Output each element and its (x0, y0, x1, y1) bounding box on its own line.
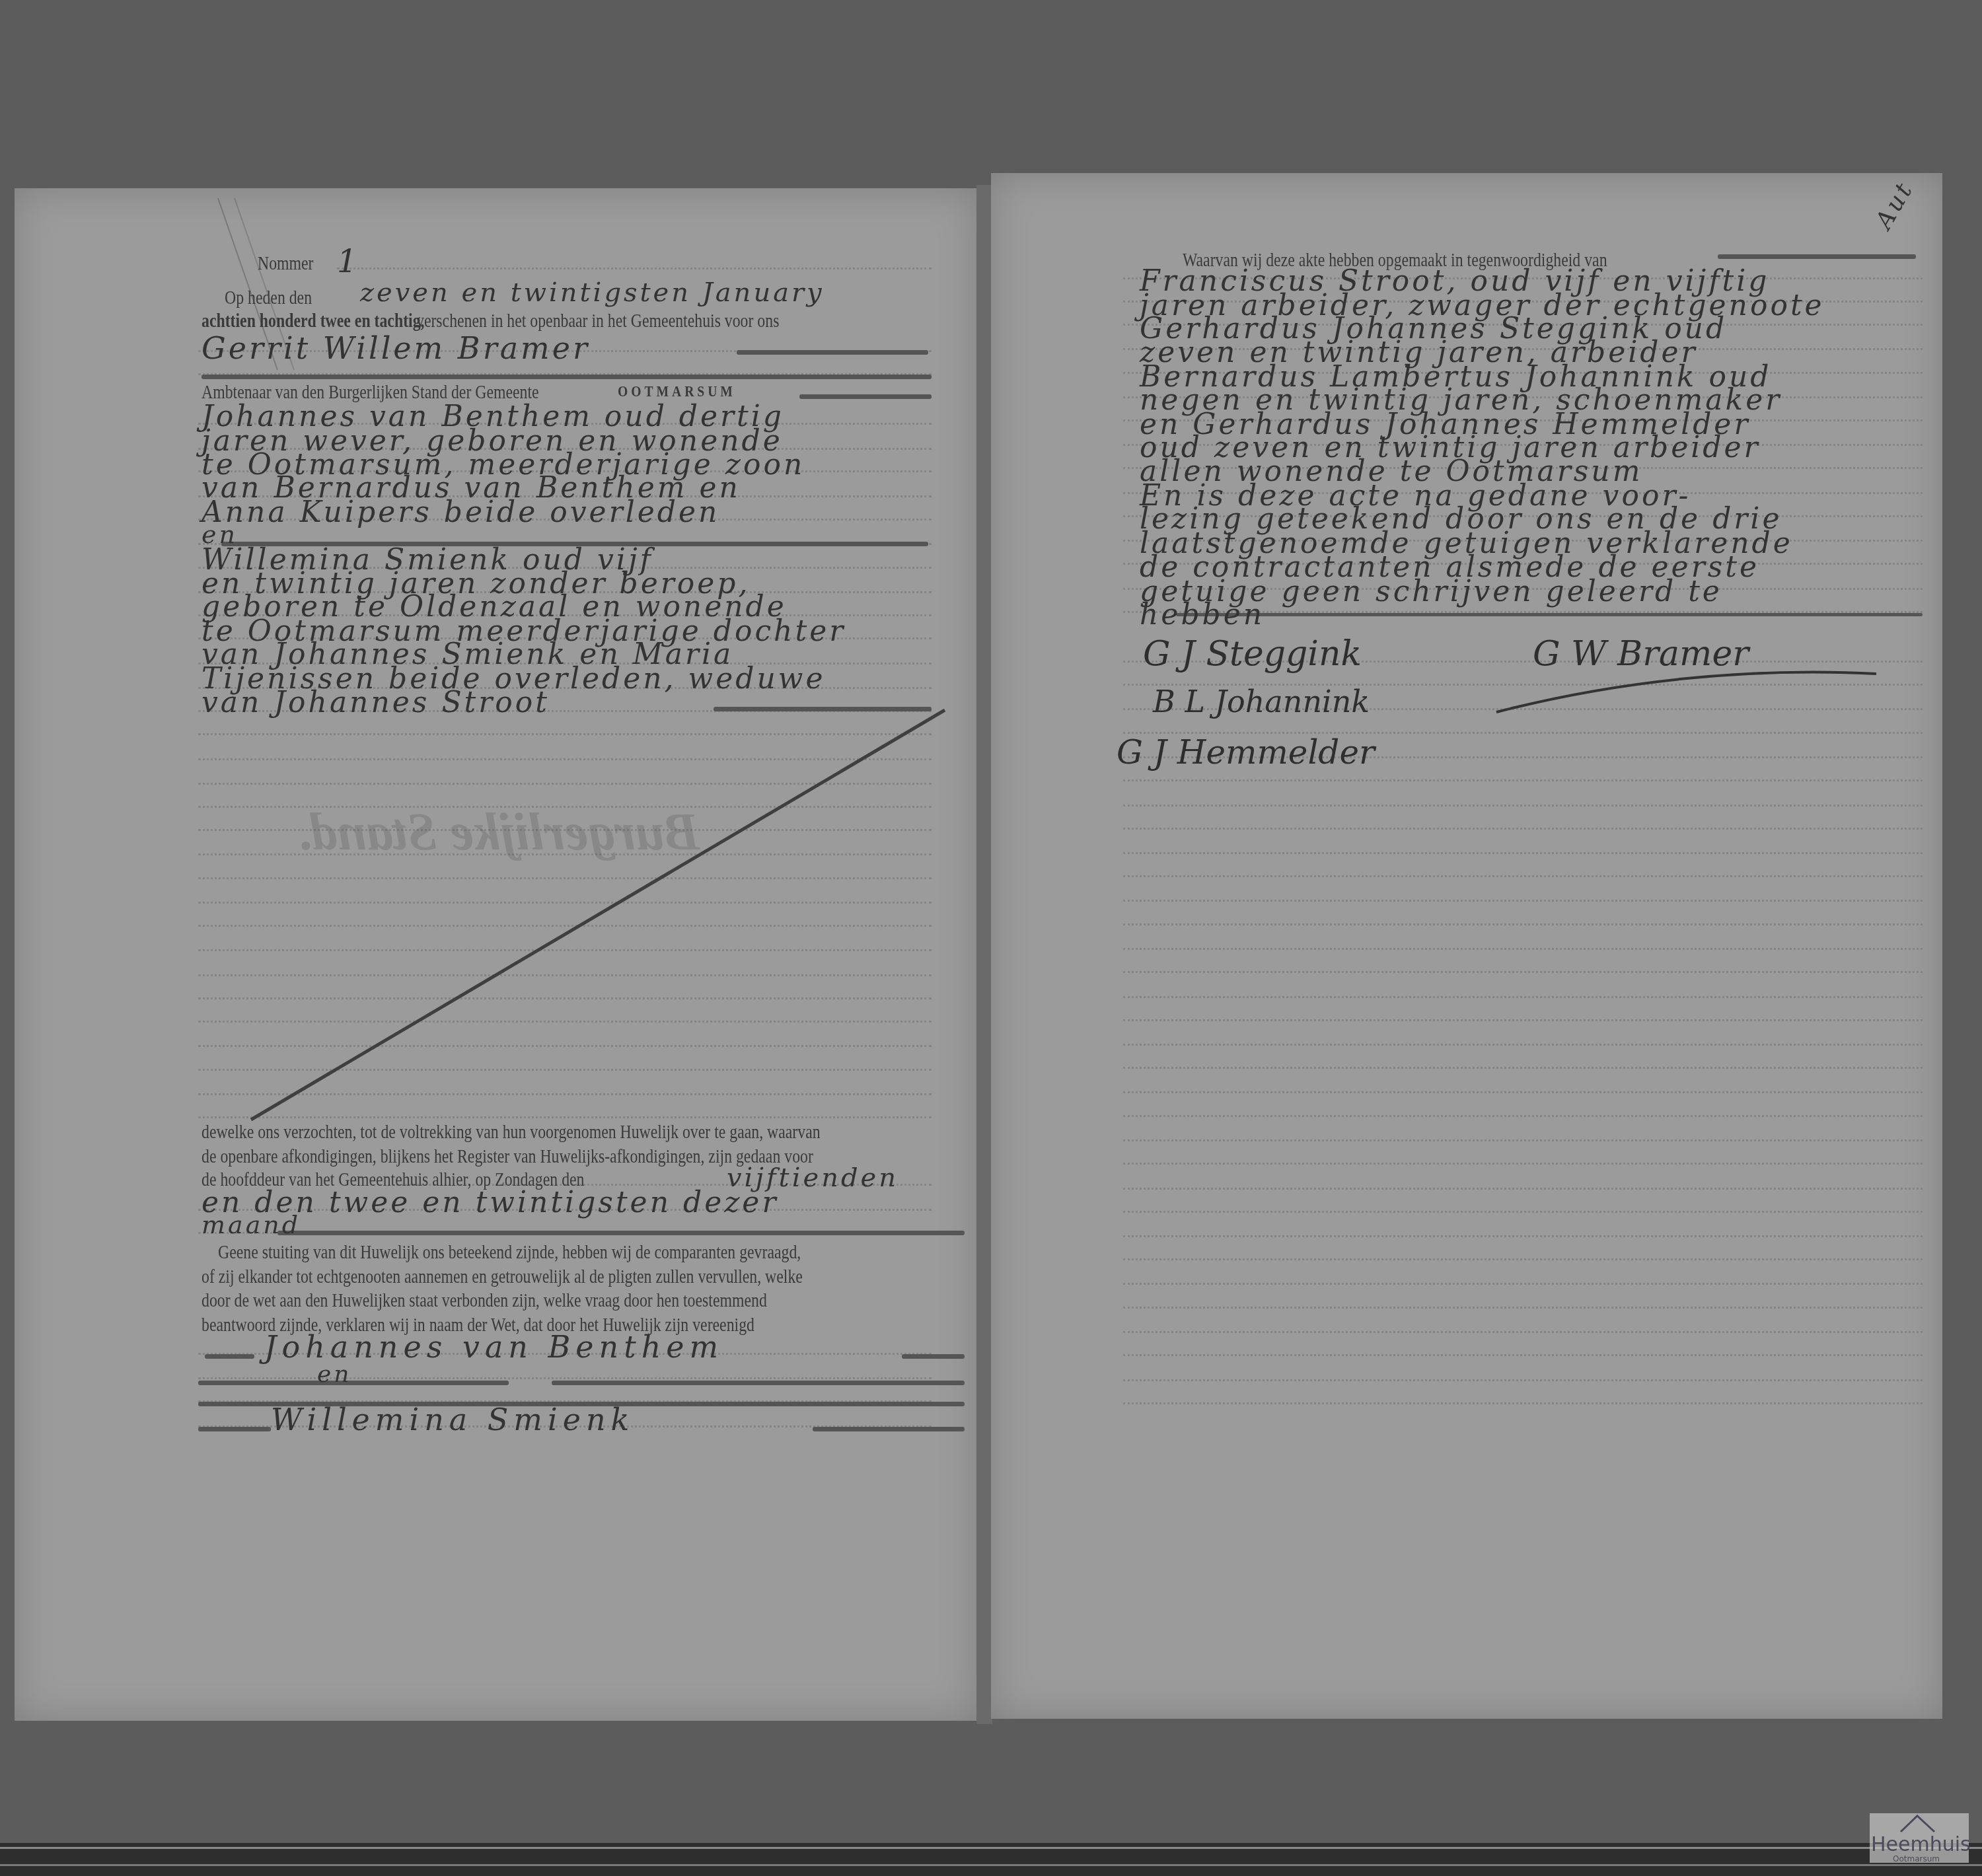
signature-flourish (0, 0, 1982, 1876)
heemhuis-watermark: Heemhuis Ootmarsum (1870, 1813, 1969, 1863)
house-roof-icon (1899, 1815, 1936, 1833)
